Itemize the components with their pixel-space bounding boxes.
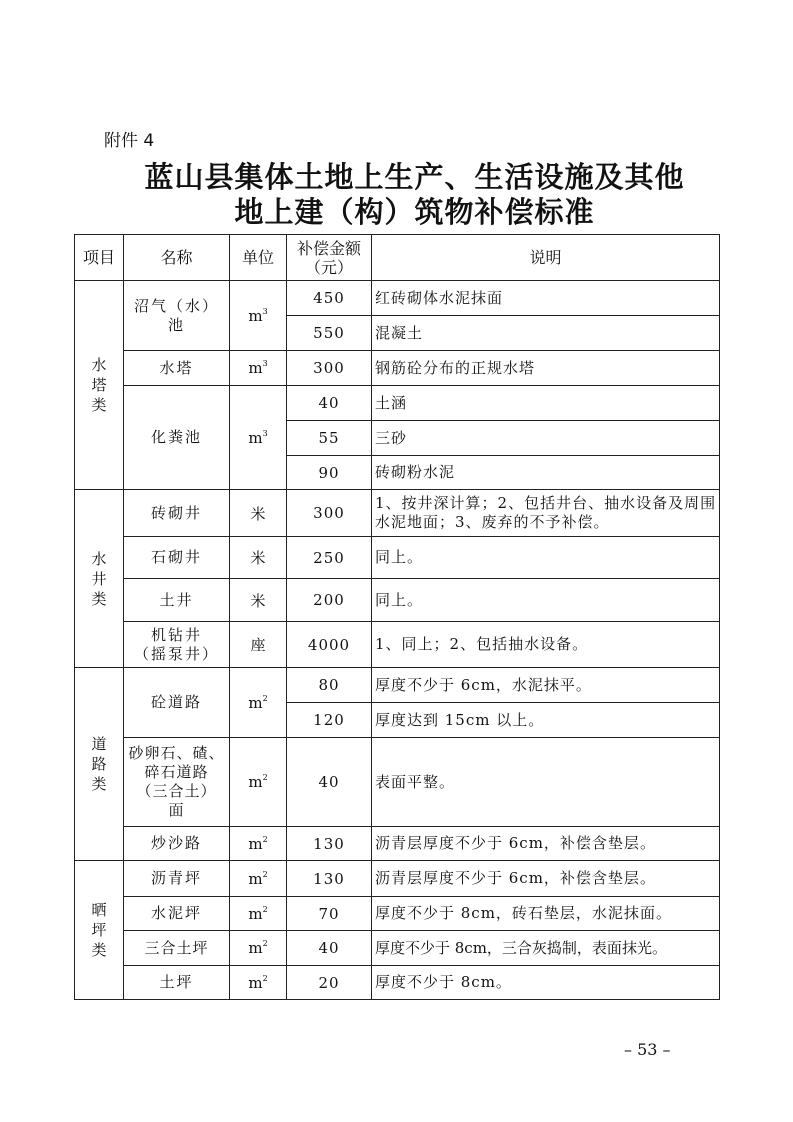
- item-amount: 55: [287, 421, 372, 456]
- item-unit: m3: [230, 351, 287, 386]
- table-row: 水 塔 类 沼气（水） 池 m3 450 红砖砌体水泥抹面: [75, 281, 720, 316]
- item-unit: 座: [230, 622, 287, 668]
- item-note: 沥青层厚度不少于 6cm，补偿含垫层。: [372, 861, 720, 897]
- category-cell: 水 井 类: [75, 490, 124, 668]
- item-amount: 450: [287, 281, 372, 316]
- item-amount: 200: [287, 579, 372, 622]
- item-name: 砖砌井: [124, 490, 230, 537]
- page-number: – 53 –: [624, 1040, 671, 1059]
- table-row: 化粪池 m3 40 土涵: [75, 386, 720, 421]
- category-cell: 水 塔 类: [75, 281, 124, 490]
- item-name: 砼道路: [124, 668, 230, 738]
- item-amount: 90: [287, 456, 372, 490]
- item-name: 砂卵石、碴、 碎石道路 （三合土） 面: [124, 738, 230, 827]
- compensation-standards-table: 项目 名称 单位 补偿金额 （元） 说明 水 塔 类 沼气（水） 池 m3 45…: [74, 234, 720, 1000]
- table-row: 晒 坪 类 沥青坪 m2 130 沥青层厚度不少于 6cm，补偿含垫层。: [75, 861, 720, 897]
- table-row: 炒沙路 m2 130 沥青层厚度不少于 6cm，补偿含垫层。: [75, 827, 720, 861]
- header-amount-line2: （元）: [287, 258, 371, 277]
- item-amount: 20: [287, 966, 372, 1000]
- item-amount: 80: [287, 668, 372, 703]
- item-unit: 米: [230, 579, 287, 622]
- header-amount-line1: 补偿金额: [287, 239, 371, 258]
- item-note: 同上。: [372, 579, 720, 622]
- item-unit: m2: [230, 861, 287, 897]
- item-name: 沥青坪: [124, 861, 230, 897]
- item-name: 土坪: [124, 966, 230, 1000]
- item-amount: 4000: [287, 622, 372, 668]
- table-row: 石砌井 米 250 同上。: [75, 537, 720, 579]
- table-row: 三合土坪 m2 40 厚度不少于 8cm，三合灰捣制，表面抹光。: [75, 931, 720, 966]
- item-unit: m2: [230, 931, 287, 966]
- item-note: 厚度不少于 8cm，砖石垫层，水泥抹面。: [372, 897, 720, 931]
- table-row: 土井 米 200 同上。: [75, 579, 720, 622]
- item-amount: 550: [287, 316, 372, 351]
- header-unit: 单位: [230, 235, 287, 281]
- category-cell: 道 路 类: [75, 668, 124, 861]
- item-amount: 300: [287, 351, 372, 386]
- table-row: 水 井 类 砖砌井 米 300 1、按井深计算；2、包括井台、抽水设备及周围水泥…: [75, 490, 720, 537]
- item-note: 厚度不少于 8cm。: [372, 966, 720, 1000]
- item-note: 厚度不少于 6cm，水泥抹平。: [372, 668, 720, 703]
- item-unit: m2: [230, 966, 287, 1000]
- item-amount: 250: [287, 537, 372, 579]
- item-name: 三合土坪: [124, 931, 230, 966]
- item-note: 砖砌粉水泥: [372, 456, 720, 490]
- item-unit: m3: [230, 281, 287, 351]
- item-note: 同上。: [372, 537, 720, 579]
- item-name: 沼气（水） 池: [124, 281, 230, 351]
- item-name: 石砌井: [124, 537, 230, 579]
- table-header-row: 项目 名称 单位 补偿金额 （元） 说明: [75, 235, 720, 281]
- table-row: 机钻井 （摇泵井） 座 4000 1、同上；2、包括抽水设备。: [75, 622, 720, 668]
- table-row: 水塔 m3 300 钢筋砼分布的正规水塔: [75, 351, 720, 386]
- item-name: 水塔: [124, 351, 230, 386]
- category-cell: 晒 坪 类: [75, 861, 124, 1000]
- item-name: 水泥坪: [124, 897, 230, 931]
- item-note: 钢筋砼分布的正规水塔: [372, 351, 720, 386]
- header-name: 名称: [124, 235, 230, 281]
- item-note: 1、按井深计算；2、包括井台、抽水设备及周围水泥地面；3、废弃的不予补偿。: [372, 490, 720, 537]
- item-unit: m2: [230, 668, 287, 738]
- item-note: 三砂: [372, 421, 720, 456]
- item-unit: 米: [230, 490, 287, 537]
- table-row: 道 路 类 砼道路 m2 80 厚度不少于 6cm，水泥抹平。: [75, 668, 720, 703]
- item-amount: 40: [287, 931, 372, 966]
- item-note: 1、同上；2、包括抽水设备。: [372, 622, 720, 668]
- item-note: 混凝土: [372, 316, 720, 351]
- table-row: 水泥坪 m2 70 厚度不少于 8cm，砖石垫层，水泥抹面。: [75, 897, 720, 931]
- item-name: 机钻井 （摇泵井）: [124, 622, 230, 668]
- item-note: 表面平整。: [372, 738, 720, 827]
- item-amount: 120: [287, 703, 372, 738]
- item-amount: 70: [287, 897, 372, 931]
- item-unit: m2: [230, 738, 287, 827]
- header-amount: 补偿金额 （元）: [287, 235, 372, 281]
- item-note: 红砖砌体水泥抹面: [372, 281, 720, 316]
- item-amount: 40: [287, 386, 372, 421]
- item-unit: m2: [230, 897, 287, 931]
- attachment-label: 附件 4: [104, 126, 154, 151]
- item-amount: 300: [287, 490, 372, 537]
- item-note: 沥青层厚度不少于 6cm，补偿含垫层。: [372, 827, 720, 861]
- item-unit: m2: [230, 827, 287, 861]
- item-note: 厚度达到 15cm 以上。: [372, 703, 720, 738]
- item-unit: m3: [230, 386, 287, 490]
- table-row: 砂卵石、碴、 碎石道路 （三合土） 面 m2 40 表面平整。: [75, 738, 720, 827]
- item-unit: 米: [230, 537, 287, 579]
- item-note: 土涵: [372, 386, 720, 421]
- item-amount: 130: [287, 861, 372, 897]
- header-note: 说明: [372, 235, 720, 281]
- document-title-line-2: 地上建（构）筑物补偿标准: [0, 190, 793, 231]
- table-row: 土坪 m2 20 厚度不少于 8cm。: [75, 966, 720, 1000]
- item-name: 炒沙路: [124, 827, 230, 861]
- item-name: 土井: [124, 579, 230, 622]
- item-amount: 130: [287, 827, 372, 861]
- item-amount: 40: [287, 738, 372, 827]
- header-category: 项目: [75, 235, 124, 281]
- item-note: 厚度不少于 8cm，三合灰捣制，表面抹光。: [372, 931, 720, 966]
- item-name: 化粪池: [124, 386, 230, 490]
